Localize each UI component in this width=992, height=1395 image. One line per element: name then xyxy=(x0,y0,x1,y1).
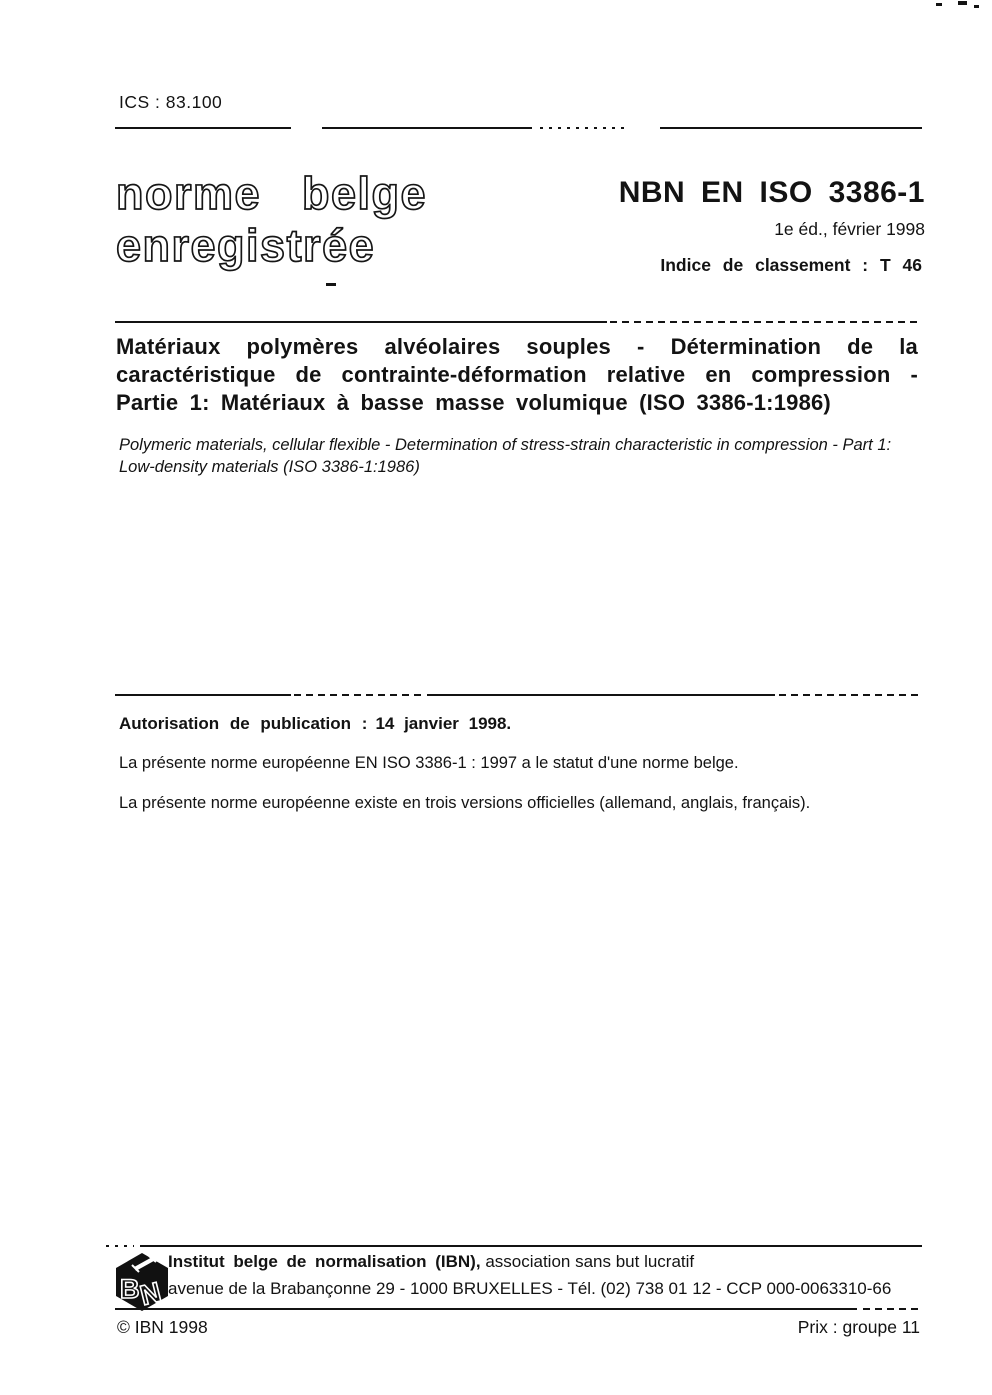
document-page: ICS : 83.100 norme belge enregistrée NBN… xyxy=(0,0,992,1395)
copyright: © IBN 1998 xyxy=(117,1317,208,1338)
divider-line xyxy=(540,127,630,129)
edition-date: 1e éd., février 1998 xyxy=(774,219,925,240)
authorization-date: 14 janvier 1998. xyxy=(375,714,511,733)
publisher-address: avenue de la Brabançonne 29 - 1000 BRUXE… xyxy=(168,1279,891,1299)
status-note: La présente norme européenne EN ISO 3386… xyxy=(119,754,739,773)
publisher-line: Institut belge de normalisation (IBN), a… xyxy=(168,1252,694,1272)
publisher-desc: association sans but lucratif xyxy=(485,1252,694,1271)
divider-line xyxy=(115,321,607,323)
divider-line xyxy=(106,1245,134,1247)
registered-stamp: norme belge enregistrée xyxy=(114,163,544,278)
divider-line xyxy=(115,127,291,129)
divider-line xyxy=(140,1245,922,1247)
divider-line xyxy=(779,694,922,696)
versions-note: La présente norme européenne existe en t… xyxy=(119,794,810,813)
title-french: Matériaux polymères alvéolaires souples … xyxy=(116,333,918,417)
authorization-label: Autorisation de publication : xyxy=(119,714,367,733)
divider-line xyxy=(115,1308,857,1310)
divider-line xyxy=(115,694,291,696)
ics-code: ICS : 83.100 xyxy=(119,92,222,113)
ibn-logo: B N xyxy=(113,1252,171,1312)
authorization-line: Autorisation de publication :14 janvier … xyxy=(119,714,511,734)
divider-line xyxy=(660,127,922,129)
scan-speckle xyxy=(958,1,967,5)
divider-line xyxy=(610,321,922,323)
ibn-logo-letter-b: B xyxy=(120,1274,140,1304)
stamp-line1: norme belge xyxy=(116,168,427,219)
divider-line xyxy=(322,127,532,129)
scan-artifact-dash xyxy=(326,283,336,286)
stamp-line2: enregistrée xyxy=(116,220,375,271)
classification-index: Indice de classement : T 46 xyxy=(660,255,922,276)
scan-speckle xyxy=(936,3,942,6)
price-group: Prix : groupe 11 xyxy=(798,1317,920,1338)
scan-speckle xyxy=(974,5,979,8)
title-english: Polymeric materials, cellular flexible -… xyxy=(119,435,929,478)
divider-line xyxy=(427,694,775,696)
divider-line xyxy=(294,694,424,696)
document-number: NBN EN ISO 3386-1 xyxy=(619,176,925,210)
publisher-name: Institut belge de normalisation (IBN), xyxy=(168,1252,481,1271)
divider-line xyxy=(863,1308,922,1310)
